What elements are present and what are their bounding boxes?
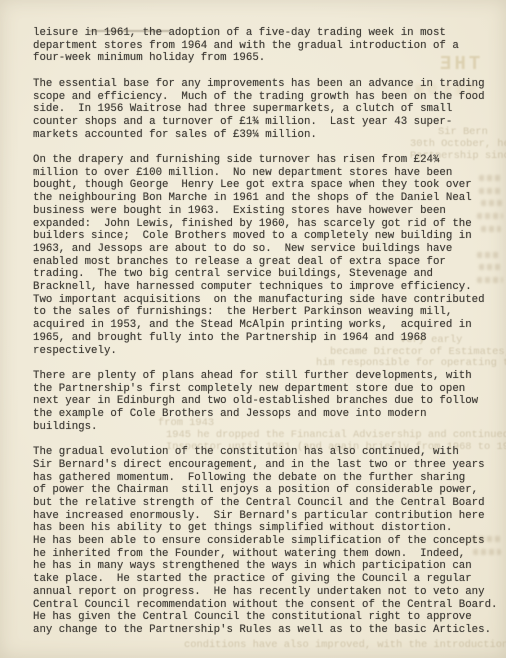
paragraph-5: The gradual evolution of the constitutio… (33, 446, 497, 637)
paragraph-2: The essential base for any improvements … (33, 78, 497, 142)
paragraph-1: leisure in 1961, the adoption of a five-… (33, 27, 497, 65)
document-text: leisure in 1961, the adoption of a five-… (33, 27, 497, 649)
typewritten-document-page: THE SECOND Sir Bern 30th October, held t… (0, 0, 506, 658)
paragraph-3: On the drapery and furnishing side turno… (33, 154, 497, 357)
paragraph-4: There are plenty of plans ahead for stil… (33, 370, 497, 434)
